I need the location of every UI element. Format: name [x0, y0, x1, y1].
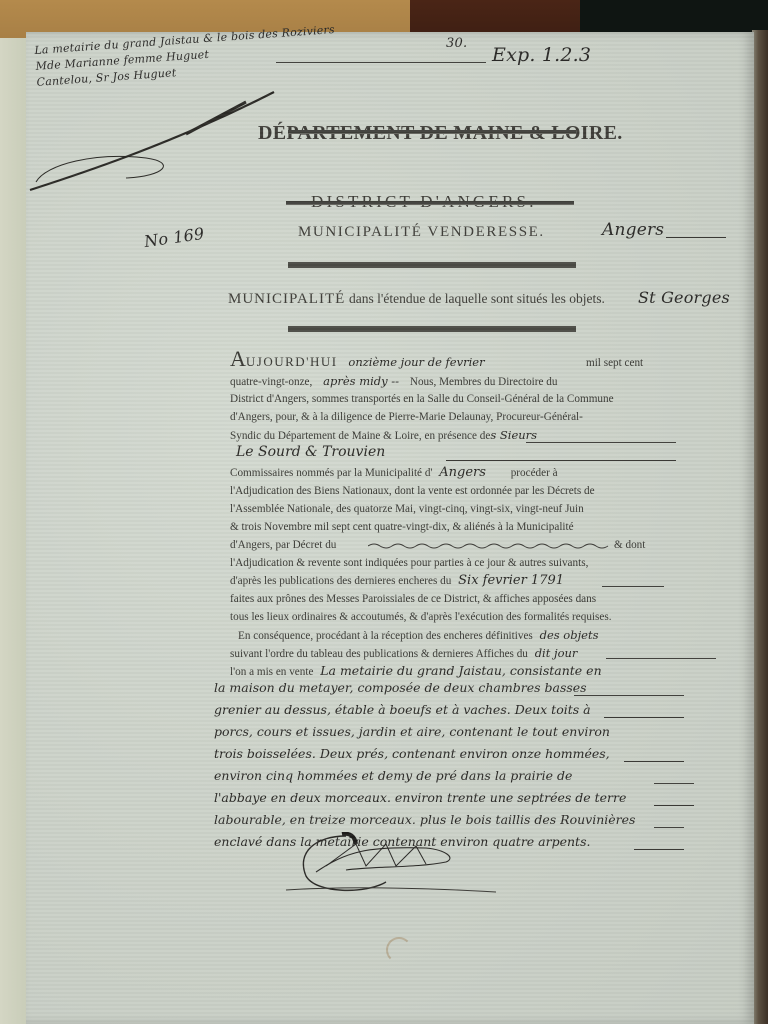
margin-flourish — [26, 72, 286, 192]
municipalite-venderesse-value: Angers — [602, 220, 664, 240]
body-line: faites aux prônes des Messes Paroissiale… — [230, 590, 596, 608]
fill-line — [446, 460, 676, 461]
folio-number: 30. — [446, 36, 467, 51]
description-line: labourable, en treize morceaux. plus le … — [214, 812, 635, 827]
body-line: d'après les publications des dernieres e… — [230, 572, 564, 590]
description-line: porcs, cours et issues, jardin et aire, … — [214, 724, 610, 739]
description-line: la maison du metayer, composée de deux c… — [214, 680, 587, 695]
handwritten-dit-jour: dit jour — [535, 646, 578, 660]
fill-line — [604, 717, 684, 718]
handwritten-time: après midy -- — [323, 374, 399, 388]
fill-line — [606, 658, 716, 659]
handwritten-date: onzième jour de fevrier — [348, 355, 484, 369]
body-line: District d'Angers, sommes transportés en… — [230, 390, 614, 408]
body-line: AUJOURD'HUI onzième jour de fevrier — [230, 350, 485, 372]
municipalite-venderesse-label: MUNICIPALITÉ VENDERESSE. — [298, 224, 545, 241]
reference-number: Exp. 1.2.3 — [492, 44, 591, 66]
body-line: En conséquence, procédant à la réception… — [238, 626, 598, 645]
body-line: quatre-vingt-onze, après midy -- Nous, M… — [230, 372, 557, 391]
handwritten-objets: des objets — [540, 628, 599, 642]
stain-mark — [386, 937, 412, 963]
decree-date-blank — [368, 542, 610, 550]
lot-number: No 169 — [143, 224, 206, 251]
body-line: l'on a mis en vente La metairie du grand… — [230, 662, 602, 681]
fill-line — [526, 442, 676, 443]
handwritten-commissaires: Le Sourd & Trouvien — [236, 443, 385, 461]
fill-line — [654, 783, 694, 784]
body-line: l'Assemblée Nationale, des quatorze Mai,… — [230, 500, 584, 518]
deed-body: AUJOURD'HUI onzième jour de fevrier mil … — [256, 350, 660, 650]
header-rule — [288, 130, 576, 134]
description-line: environ cinq hommées et demy de pré dans… — [214, 768, 572, 783]
handwritten-municipalite: Angers — [439, 465, 486, 480]
body-line: & trois Novembre mil sept cent quatre-vi… — [230, 518, 574, 536]
fill-line — [654, 805, 694, 806]
body-line: tous les lieux ordinaires & accoutumés, … — [230, 608, 612, 626]
body-line: d'Angers, pour, & à la diligence de Pier… — [230, 408, 583, 426]
description-line: trois boisselées. Deux prés, contenant e… — [214, 746, 610, 761]
fill-line — [666, 237, 726, 238]
handwritten-sieurs: s Sieurs — [490, 428, 537, 442]
municipalite-objets-label: dans l'étendue de laquelle sont situés l… — [349, 291, 605, 306]
fill-line — [574, 695, 684, 696]
body-line: l'Adjudication & revente sont indiquées … — [230, 554, 588, 572]
fill-line — [634, 849, 684, 850]
fill-line — [654, 827, 684, 828]
header-rule — [286, 201, 574, 205]
body-line: Commissaires nommés par la Municipalité … — [230, 464, 558, 482]
body-line: d'Angers, par Décret du — [230, 536, 336, 554]
fill-line — [624, 761, 684, 762]
handwritten-property: La metairie du grand Jaistau, consistant… — [320, 663, 601, 678]
facing-page-left — [0, 38, 28, 1024]
header-rule-thick — [288, 326, 576, 332]
header-rule-thick — [288, 262, 576, 268]
description-line: l'abbaye en deux morceaux. environ trent… — [214, 790, 626, 805]
body-line: l'Adjudication des Biens Nationaux, dont… — [230, 482, 595, 500]
book-edge-right — [752, 30, 768, 1024]
description-line: grenier au dessus, étable à boeufs et à … — [214, 702, 591, 717]
signature-paraphe — [276, 832, 506, 902]
body-line: suivant l'ordre du tableau des publicati… — [230, 644, 577, 663]
municipalite-objets-value: St Georges — [638, 288, 730, 307]
document-page: 30. Exp. 1.2.3 La metairie du grand Jais… — [26, 32, 754, 1024]
municipalite-objets-label-caps: MUNICIPALITÉ — [228, 291, 345, 307]
municipalite-objets: MUNICIPALITÉ dans l'étendue de laquelle … — [228, 291, 605, 308]
handwritten-publication-date: Six fevrier 1791 — [458, 573, 564, 588]
fill-line — [602, 586, 664, 587]
